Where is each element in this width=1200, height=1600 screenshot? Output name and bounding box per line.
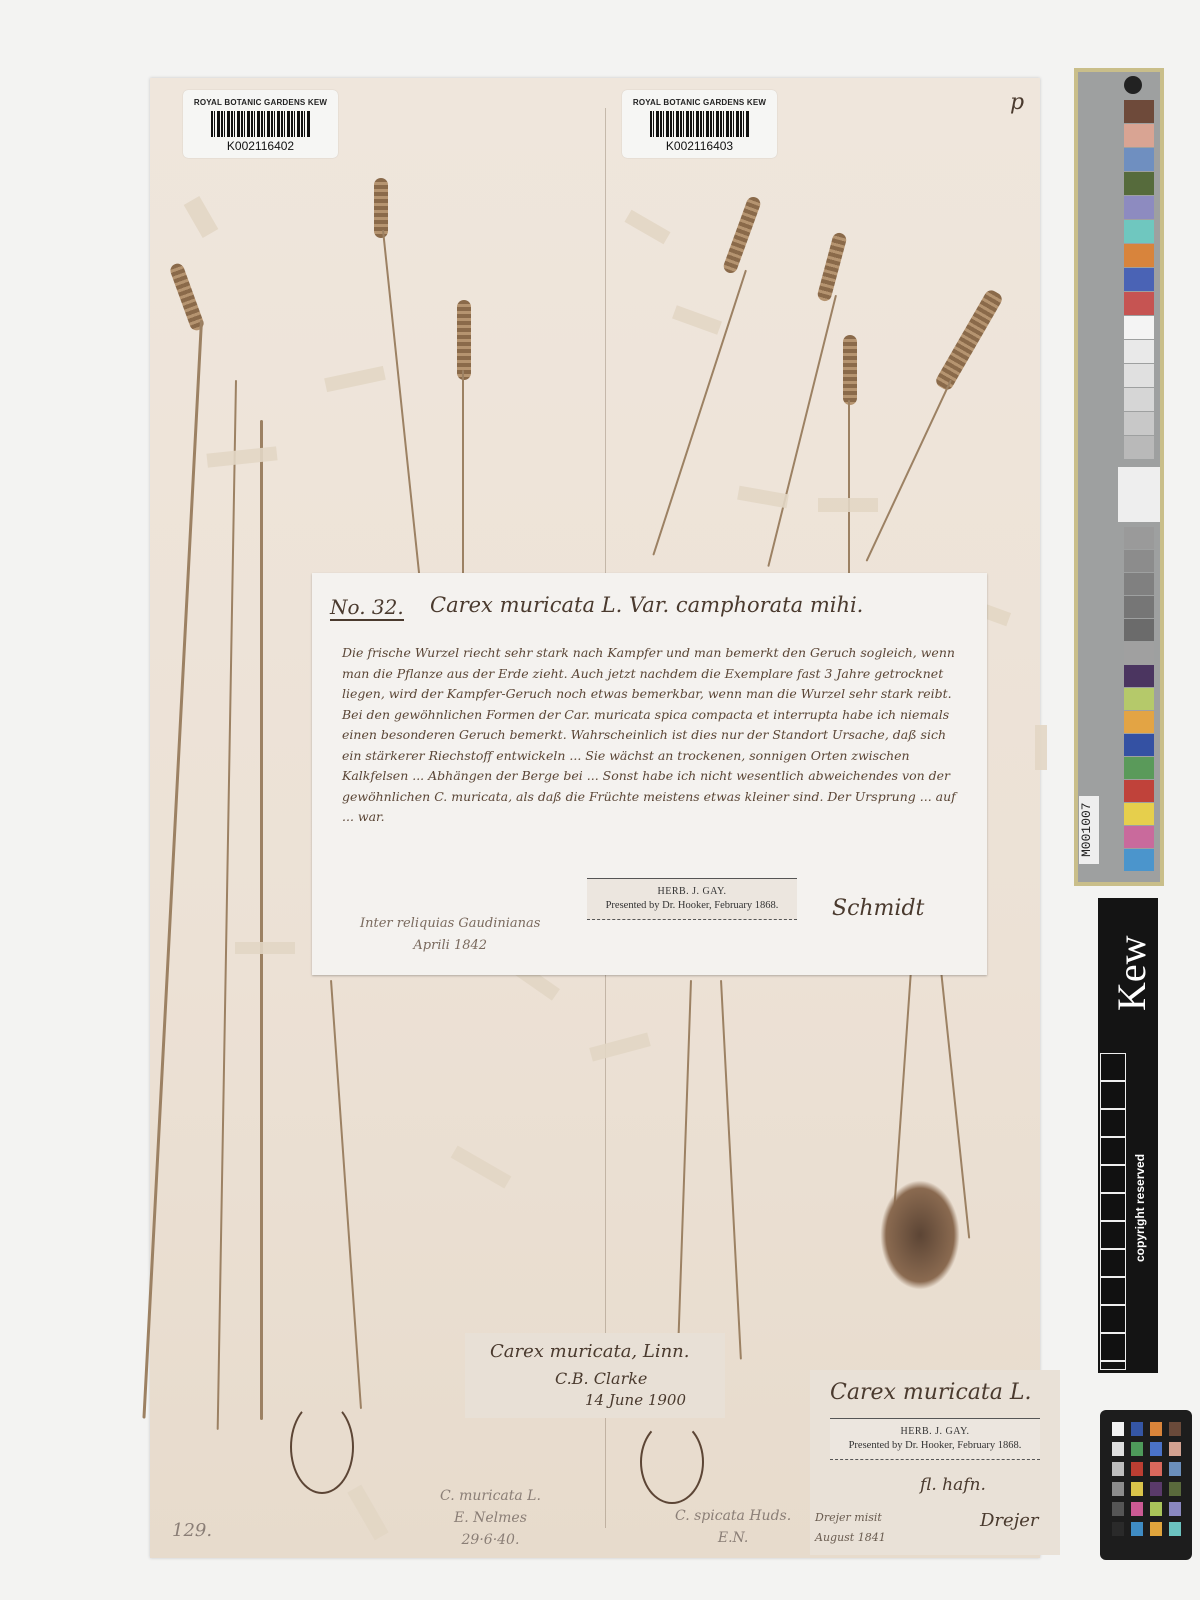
stamp-line-1: HERB. J. GAY. xyxy=(830,1426,1040,1437)
copyright-text: copyright reserved xyxy=(1133,1048,1147,1368)
institution-name: ROYAL BOTANIC GARDENS KEW xyxy=(183,98,338,107)
nelmes-determination-2: C. spicata Huds. E.N. xyxy=(675,1505,791,1549)
checker-patch xyxy=(1150,1482,1162,1496)
color-patch xyxy=(1124,757,1154,779)
stem xyxy=(260,420,263,1420)
checker-patch xyxy=(1112,1442,1124,1456)
color-patch xyxy=(1124,388,1154,411)
checker-patch xyxy=(1169,1442,1181,1456)
color-patch xyxy=(1124,244,1154,267)
drejer-misit-note: Drejer misit August 1841 xyxy=(815,1508,886,1548)
color-patch xyxy=(1124,826,1154,848)
registration-dot-icon xyxy=(1124,76,1142,94)
color-patch xyxy=(1124,734,1154,756)
checker-patch xyxy=(1150,1422,1162,1436)
color-patch xyxy=(1124,340,1154,363)
checker-patch xyxy=(1150,1462,1162,1476)
color-patch xyxy=(1124,172,1154,195)
color-patch xyxy=(1124,527,1154,549)
color-calibration-chart xyxy=(1074,68,1164,886)
color-patch xyxy=(1124,550,1154,572)
checker-patch xyxy=(1112,1522,1124,1536)
det-person: E. Nelmes xyxy=(440,1507,541,1529)
checker-patch xyxy=(1131,1462,1143,1476)
color-patch xyxy=(1124,688,1154,710)
drejer-taxon: Carex muricata L. xyxy=(830,1380,1031,1405)
checker-patch xyxy=(1112,1462,1124,1476)
nelmes-determination: C. muricata L. E. Nelmes 29·6·40. xyxy=(440,1485,541,1551)
kew-logo: Kew xyxy=(1108,913,1148,1033)
determiner: C.B. Clarke xyxy=(555,1369,647,1388)
determination-date: 14 June 1900 xyxy=(585,1391,686,1409)
color-patch xyxy=(1124,619,1154,641)
corner-mark: p xyxy=(1010,90,1024,115)
color-patch xyxy=(1124,220,1154,243)
color-patch xyxy=(1124,596,1154,618)
barcode-number: K002116403 xyxy=(622,139,777,153)
checker-patch xyxy=(1169,1522,1181,1536)
color-patch xyxy=(1124,711,1154,733)
color-patch xyxy=(1124,316,1154,339)
checker-patch xyxy=(1131,1522,1143,1536)
resolution-target xyxy=(1118,467,1160,522)
checker-patch xyxy=(1150,1442,1162,1456)
stamp-line-2: Presented by Dr. Hooker, February 1868. xyxy=(830,1440,1040,1451)
provenance-line: Inter reliquias Gaudinianas xyxy=(360,913,540,935)
color-patch xyxy=(1124,436,1154,459)
herb-gay-stamp: HERB. J. GAY. Presented by Dr. Hooker, F… xyxy=(830,1418,1040,1460)
checker-patch xyxy=(1131,1442,1143,1456)
checker-patch xyxy=(1169,1422,1181,1436)
color-patch xyxy=(1124,268,1154,291)
color-patch xyxy=(1124,364,1154,387)
color-patch xyxy=(1124,573,1154,595)
barcode-icon xyxy=(211,111,311,137)
spikelet xyxy=(843,335,857,405)
det-date: 29·6·40. xyxy=(440,1529,541,1551)
det-taxon: C. muricata L. xyxy=(440,1485,541,1507)
clarke-determination-label: Carex muricata, Linn. C.B. Clarke 14 Jun… xyxy=(465,1333,725,1418)
barcode-label-2: ROYAL BOTANIC GARDENS KEW K002116403 xyxy=(622,90,777,158)
mounting-strip xyxy=(818,498,878,512)
color-patch xyxy=(1124,642,1154,664)
barcode-number: K002116402 xyxy=(183,139,338,153)
sheet-number: 129. xyxy=(172,1520,212,1541)
color-patch xyxy=(1124,803,1154,825)
root xyxy=(640,1420,704,1504)
label-number: No. 32. xyxy=(330,595,404,621)
checker-patch xyxy=(1112,1422,1124,1436)
determination-name: Carex muricata, Linn. xyxy=(490,1341,690,1362)
checker-patch xyxy=(1169,1502,1181,1516)
checker-patch xyxy=(1169,1462,1181,1476)
label-body-text: Die frische Wurzel riecht sehr stark nac… xyxy=(342,643,962,828)
root xyxy=(290,1400,354,1494)
color-patch xyxy=(1124,100,1154,123)
det-initials: E.N. xyxy=(675,1527,791,1549)
color-patch xyxy=(1124,124,1154,147)
checker-patch xyxy=(1112,1482,1124,1496)
collector: Drejer xyxy=(980,1510,1039,1531)
checker-patch xyxy=(1131,1502,1143,1516)
checker-patch xyxy=(1131,1422,1143,1436)
color-patch xyxy=(1124,412,1154,435)
cm-scale xyxy=(1100,1053,1126,1370)
herb-gay-stamp: HERB. J. GAY. Presented by Dr. Hooker, F… xyxy=(587,878,797,920)
note-date: August 1841 xyxy=(815,1528,886,1548)
det-taxon: C. spicata Huds. xyxy=(675,1505,791,1527)
kew-scale-bar: Kew copyright reserved xyxy=(1098,898,1158,1373)
institution-name: ROYAL BOTANIC GARDENS KEW xyxy=(622,98,777,107)
spikelet xyxy=(374,178,388,238)
stem xyxy=(462,370,464,580)
checker-patch xyxy=(1150,1502,1162,1516)
locality-note: fl. hafn. xyxy=(920,1475,986,1495)
stamp-line-1: HERB. J. GAY. xyxy=(587,886,797,897)
mounting-strip xyxy=(235,942,295,954)
provenance-date: Aprili 1842 xyxy=(360,935,540,957)
main-handwritten-label: No. 32. Carex muricata L. Var. camphorat… xyxy=(312,573,987,975)
checker-patch xyxy=(1150,1522,1162,1536)
checker-patch xyxy=(1131,1482,1143,1496)
label-title: Carex muricata L. Var. camphorata mihi. xyxy=(430,593,863,617)
color-patch xyxy=(1124,292,1154,315)
chart-id: M001007 xyxy=(1079,796,1099,864)
color-patch xyxy=(1124,148,1154,171)
barcode-label-1: ROYAL BOTANIC GARDENS KEW K002116402 xyxy=(183,90,338,158)
color-patch xyxy=(1124,665,1154,687)
checker-patch xyxy=(1169,1482,1181,1496)
provenance-note: Inter reliquias Gaudinianas Aprili 1842 xyxy=(360,913,540,957)
color-patch xyxy=(1124,780,1154,802)
stem xyxy=(848,400,850,580)
color-patch xyxy=(1124,849,1154,871)
checker-patch xyxy=(1112,1502,1124,1516)
barcode-icon xyxy=(650,111,750,137)
note-line: Drejer misit xyxy=(815,1508,886,1528)
color-checker xyxy=(1100,1410,1192,1560)
color-patch xyxy=(1124,196,1154,219)
signature: Schmidt xyxy=(832,896,924,921)
mounting-strip xyxy=(1035,725,1047,770)
root-clump xyxy=(880,1180,960,1290)
stamp-line-2: Presented by Dr. Hooker, February 1868. xyxy=(587,900,797,911)
spikelet xyxy=(457,300,471,380)
